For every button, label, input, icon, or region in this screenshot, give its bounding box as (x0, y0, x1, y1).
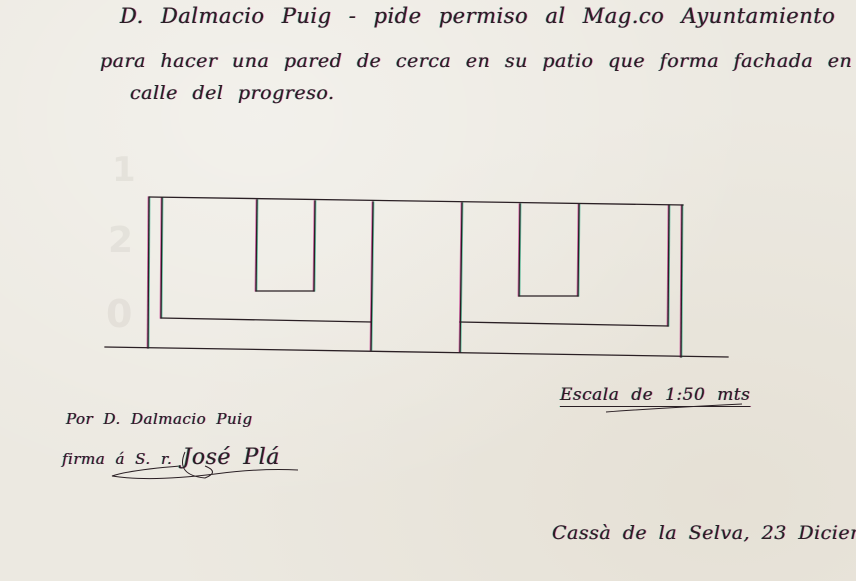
scale-underline (606, 404, 742, 412)
place-date: Cassà de la Selva, 23 Diciembre 18 (552, 522, 856, 544)
signature-line-1: Por D. Dalmacio Puig (66, 410, 253, 428)
scale-note: Escala de 1:50 mts (560, 385, 750, 405)
signature-line-2: firma á S. r. José Plá (62, 445, 280, 470)
signature-prefix: firma á S. r. (62, 450, 172, 468)
facade-elevation-drawing (0, 0, 856, 581)
signature-name: José Plá (183, 445, 280, 470)
